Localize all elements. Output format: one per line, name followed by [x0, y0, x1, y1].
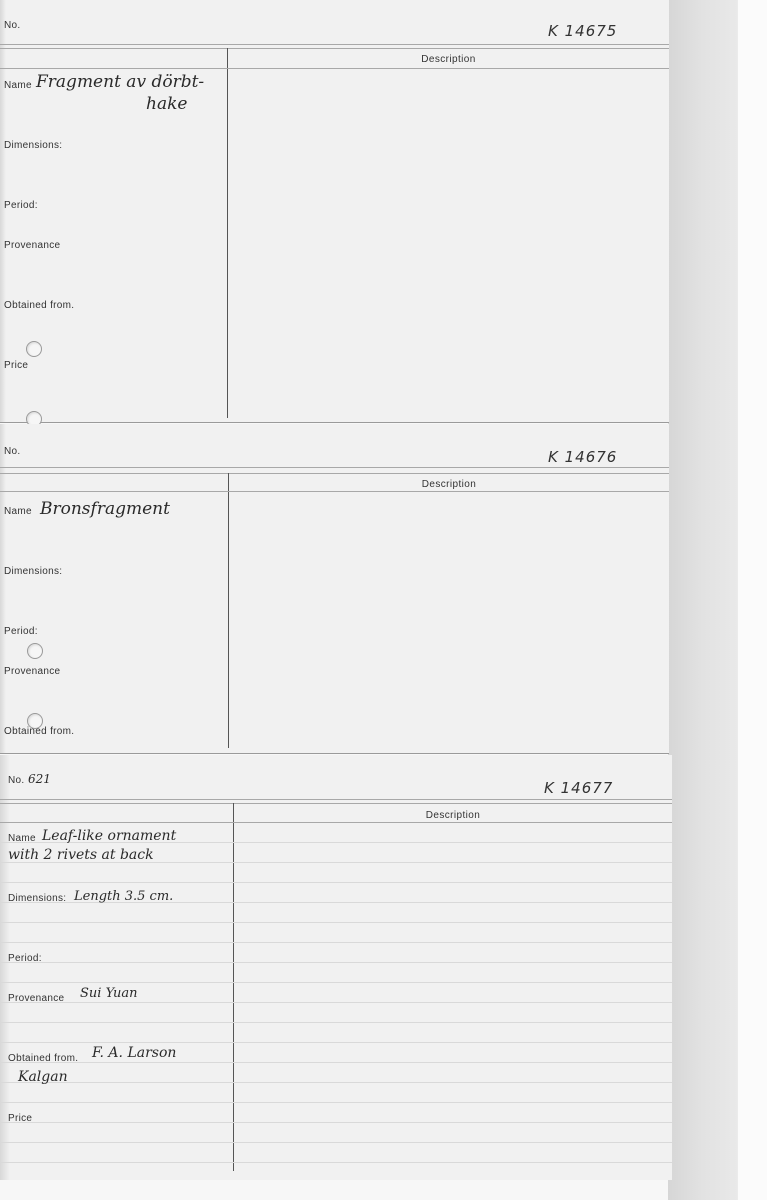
provenance-value: Sui Yuan: [80, 986, 138, 1001]
period-label: Period:: [4, 626, 38, 637]
no-label: No.: [8, 775, 24, 786]
name-value: Fragment av dörbt-: [36, 72, 204, 92]
period-label: Period:: [8, 953, 42, 964]
name-label: Name: [8, 833, 36, 844]
name-value: Bronsfragment: [40, 499, 170, 519]
price-label: Price: [8, 1113, 32, 1124]
punch-hole: [27, 643, 43, 659]
obtained-from-label: Obtained from.: [4, 300, 74, 311]
catalog-number: K 14677: [544, 779, 613, 797]
catalog-card-3: No. 621 K 14677 Description Name Leaf-li…: [0, 755, 672, 1180]
name-label: Name: [4, 506, 32, 517]
provenance-label: Provenance: [4, 666, 60, 677]
dimensions-label: Dimensions:: [4, 140, 62, 151]
provenance-label: Provenance: [8, 993, 64, 1004]
no-label: No.: [4, 446, 20, 457]
catalog-number: K 14675: [548, 22, 617, 40]
description-header: Description: [228, 54, 669, 65]
price-label: Price: [4, 360, 28, 371]
no-value: 621: [28, 772, 51, 786]
punch-hole: [26, 341, 42, 357]
name-value-line2: with 2 rivets at back: [8, 847, 154, 863]
obtained-from-label: Obtained from.: [8, 1053, 78, 1064]
no-label: No.: [4, 20, 20, 31]
provenance-label: Provenance: [4, 240, 60, 251]
dimensions-value: Length 3.5 cm.: [74, 889, 173, 904]
dimensions-label: Dimensions:: [4, 566, 62, 577]
period-label: Period:: [4, 200, 38, 211]
catalog-card-1: No. K 14675 Description Name Fragment av…: [0, 0, 669, 423]
obtained-from-value: F. A. Larson: [92, 1045, 176, 1061]
punch-hole: [27, 713, 43, 729]
name-value: Leaf-like ornament: [42, 828, 176, 844]
dimensions-label: Dimensions:: [8, 893, 66, 904]
name-label: Name: [4, 80, 32, 91]
catalog-number: K 14676: [548, 448, 617, 466]
obtained-from-value-line2: Kalgan: [18, 1069, 68, 1085]
name-value-line2: hake: [146, 94, 187, 114]
scanner-background: [668, 0, 767, 1200]
description-header: Description: [229, 479, 669, 490]
catalog-card-2: No. K 14676 Description Name Bronsfragme…: [0, 424, 669, 754]
description-header: Description: [234, 810, 672, 821]
